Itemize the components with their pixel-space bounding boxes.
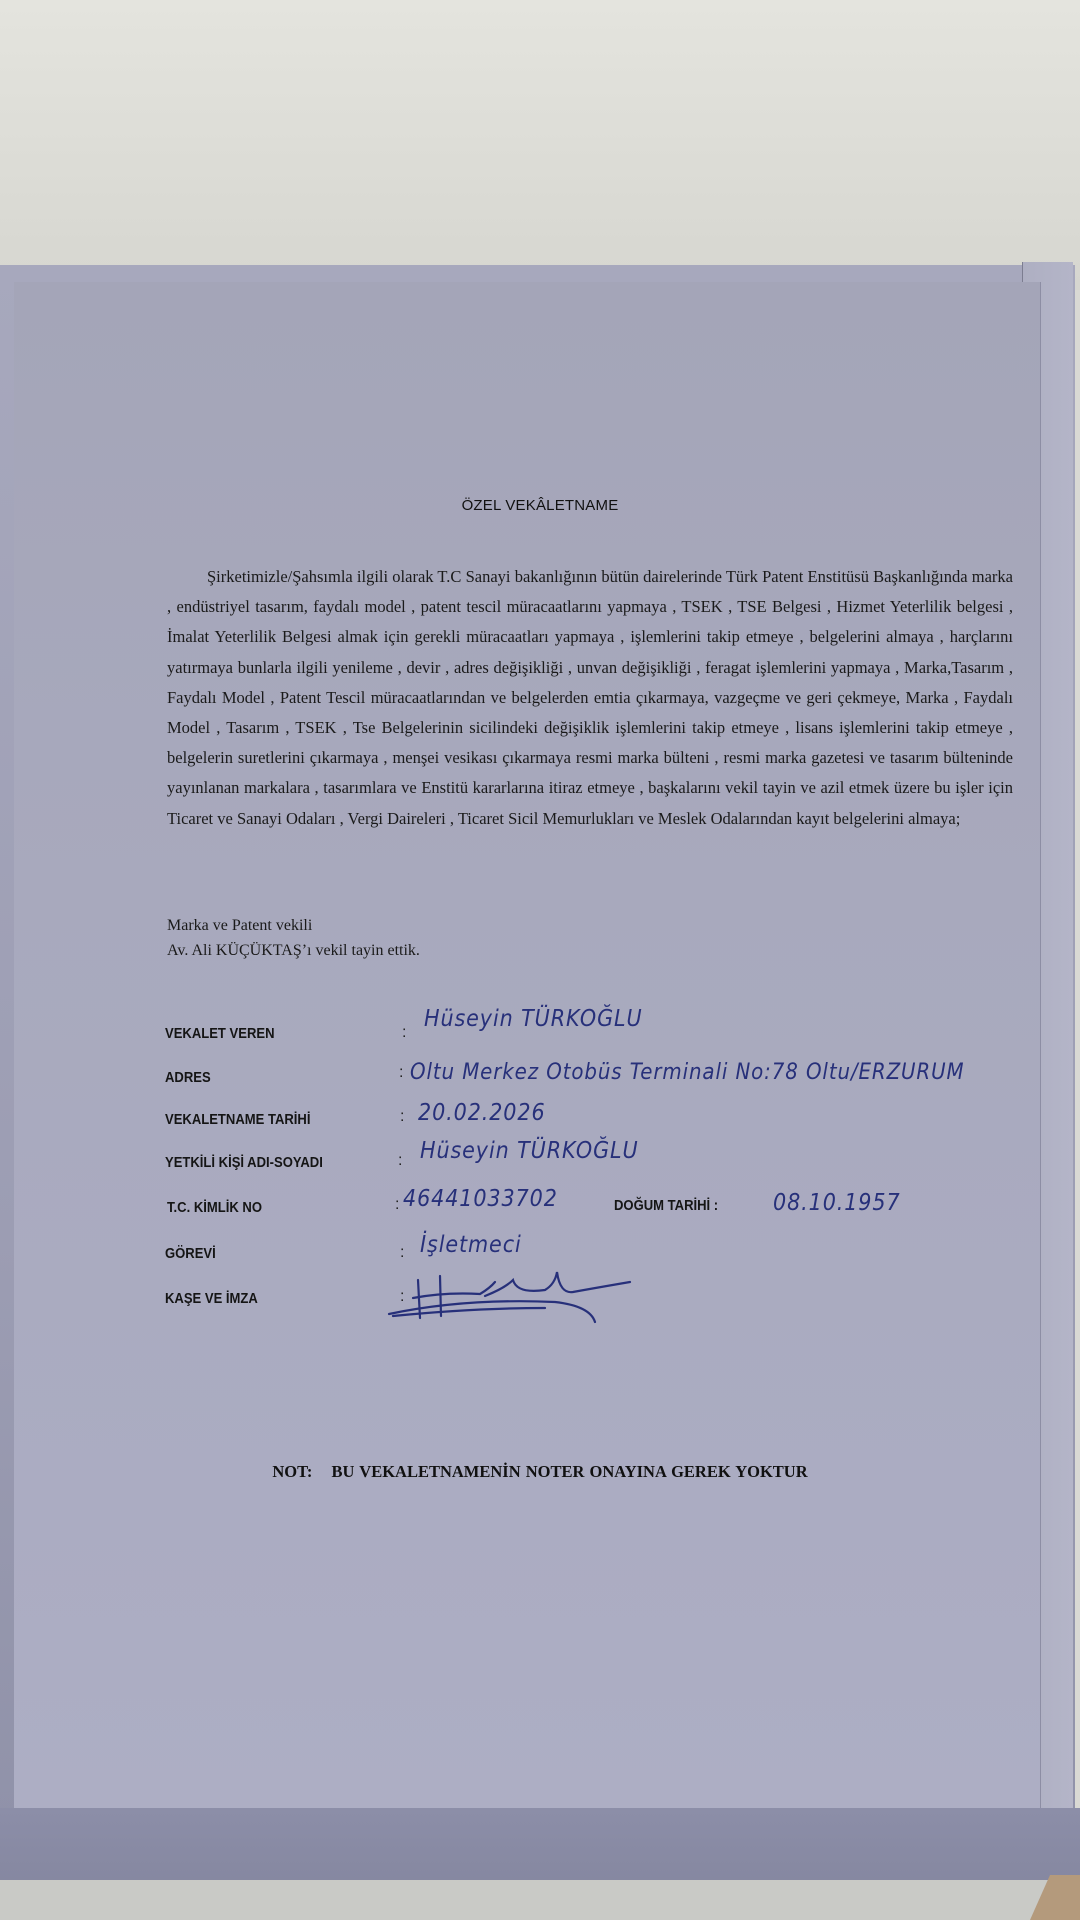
role-value: İşletmeci xyxy=(420,1232,522,1258)
attorney-appointment: Av. Ali KÜÇÜKTAŞ’ı vekil tayin ettik. xyxy=(167,938,420,963)
birth-date-value: 08.10.1957 xyxy=(773,1190,901,1216)
document-title: ÖZEL VEKÂLETNAME xyxy=(0,497,1080,514)
date-label: VEKALETNAME TARİHİ xyxy=(165,1112,310,1128)
grantor-label: VEKALET VEREN xyxy=(165,1026,275,1042)
authorized-person-label: YETKİLİ KİŞİ ADI-SOYADI xyxy=(165,1155,323,1171)
id-number-value: 46441033702 xyxy=(403,1186,558,1212)
background-wall xyxy=(0,0,1080,290)
id-number-label: T.C. KİMLİK NO xyxy=(167,1200,262,1216)
address-value: Oltu Merkez Otobüs Terminali No:78 Oltu/… xyxy=(410,1060,964,1085)
birth-date-label: DOĞUM TARİHİ : xyxy=(614,1198,718,1214)
colon: : xyxy=(400,1244,404,1262)
date-value: 20.02.2026 xyxy=(418,1100,546,1126)
authorized-person-value: Hüseyin TÜRKOĞLU xyxy=(420,1138,639,1164)
notice-line: NOT: BU VEKALETNAMENİN NOTER ONAYINA GER… xyxy=(0,1462,1080,1482)
background-surface xyxy=(0,1880,1080,1920)
paper-bottom-edge xyxy=(0,1808,1080,1890)
attorney-block: Marka ve Patent vekili Av. Ali KÜÇÜKTAŞ’… xyxy=(167,913,420,963)
attorney-title: Marka ve Patent vekili xyxy=(167,913,420,938)
colon: : xyxy=(399,1064,403,1082)
colon: : xyxy=(402,1024,406,1042)
signature-image xyxy=(385,1268,645,1338)
stamp-signature-label: KAŞE VE İMZA xyxy=(165,1291,258,1307)
colon: : xyxy=(400,1108,404,1126)
notice-label: NOT: xyxy=(272,1462,312,1481)
colon: : xyxy=(395,1196,399,1214)
grantor-value: Hüseyin TÜRKOĞLU xyxy=(424,1006,643,1032)
notice-text: BU VEKALETNAMENİN NOTER ONAYINA GEREK YO… xyxy=(332,1462,808,1481)
address-label: ADRES xyxy=(165,1070,211,1086)
role-label: GÖREVİ xyxy=(165,1246,216,1262)
colon: : xyxy=(398,1152,402,1170)
body-paragraph: Şirketimizle/Şahsımla ilgili olarak T.C … xyxy=(167,562,1013,834)
